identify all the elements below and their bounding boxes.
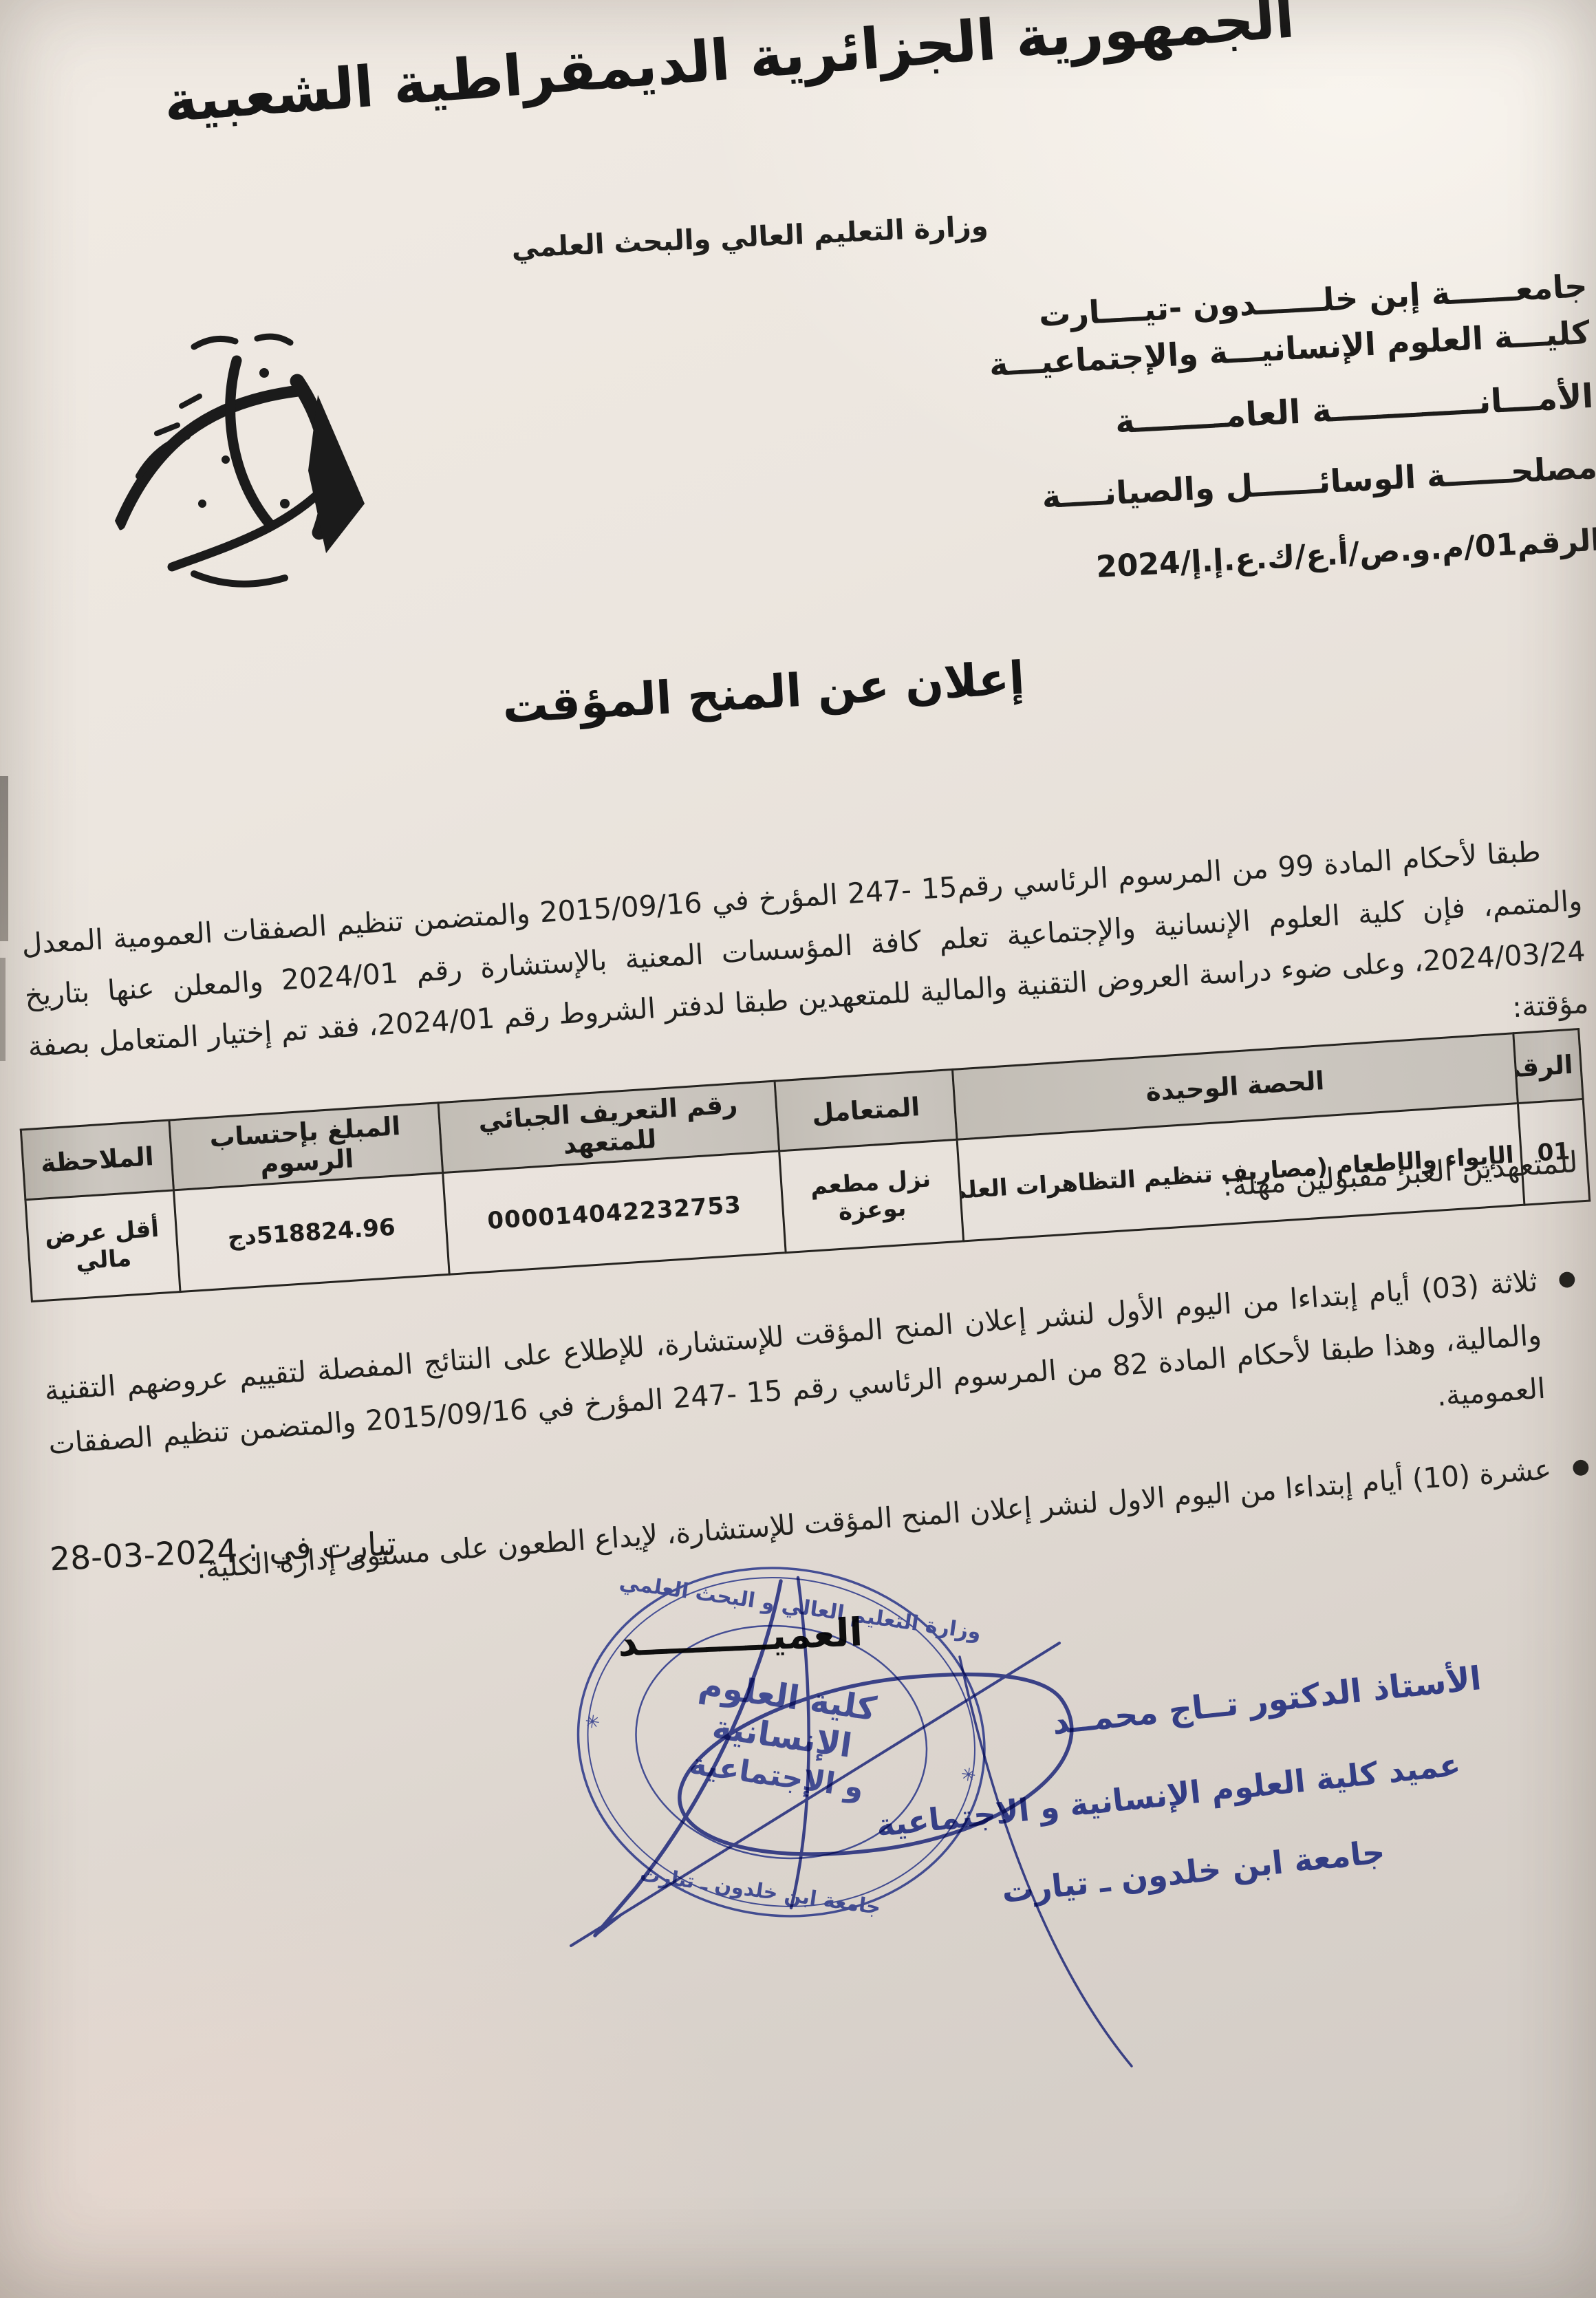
bullet-dot-icon: ● xyxy=(1570,1440,1592,1493)
col-operator: المتعامل xyxy=(775,1069,957,1150)
org-block: جامعــــــة إبن خلــــــدون -تيــــارت ك… xyxy=(748,270,1596,601)
cell-operator: نزل مطعم بوعزة xyxy=(779,1139,964,1252)
service-line: مصلحــــــة الوسائــــــل والصيانــــة xyxy=(758,451,1596,528)
secretariat-line: الأمـــانـــــــــــــة العامــــــــة xyxy=(754,380,1594,458)
cell-note: أقل عرض مالي xyxy=(25,1190,180,1302)
document-title: إعلان عن المنح المؤقت xyxy=(440,648,1088,737)
republic-title: الجمهورية الجزائرية الديمقراطية الشعبية xyxy=(47,0,1411,144)
university-seal-logo xyxy=(91,297,398,612)
col-number: الرقم xyxy=(1513,1029,1584,1104)
col-note: الملاحظة xyxy=(21,1120,173,1200)
photo-edge-artifact xyxy=(0,958,6,1061)
cell-tax-id: 000014042232753 xyxy=(443,1151,786,1274)
bullet-dot-icon: ● xyxy=(1556,1252,1578,1305)
reference-number-line: الرقم01/م.و.ص/أ.ع/ك.ع.إ.إ/2024 xyxy=(762,525,1596,601)
document-photo: الجمهورية الجزائرية الديمقراطية الشعبية … xyxy=(0,0,1596,2298)
signature-ink xyxy=(440,1560,1169,2097)
cell-amount: 518824.96دج xyxy=(173,1173,449,1292)
ministry-line: وزارة التعليم العالي والبحث العلمي xyxy=(440,207,1059,268)
photo-edge-artifact xyxy=(0,776,8,941)
